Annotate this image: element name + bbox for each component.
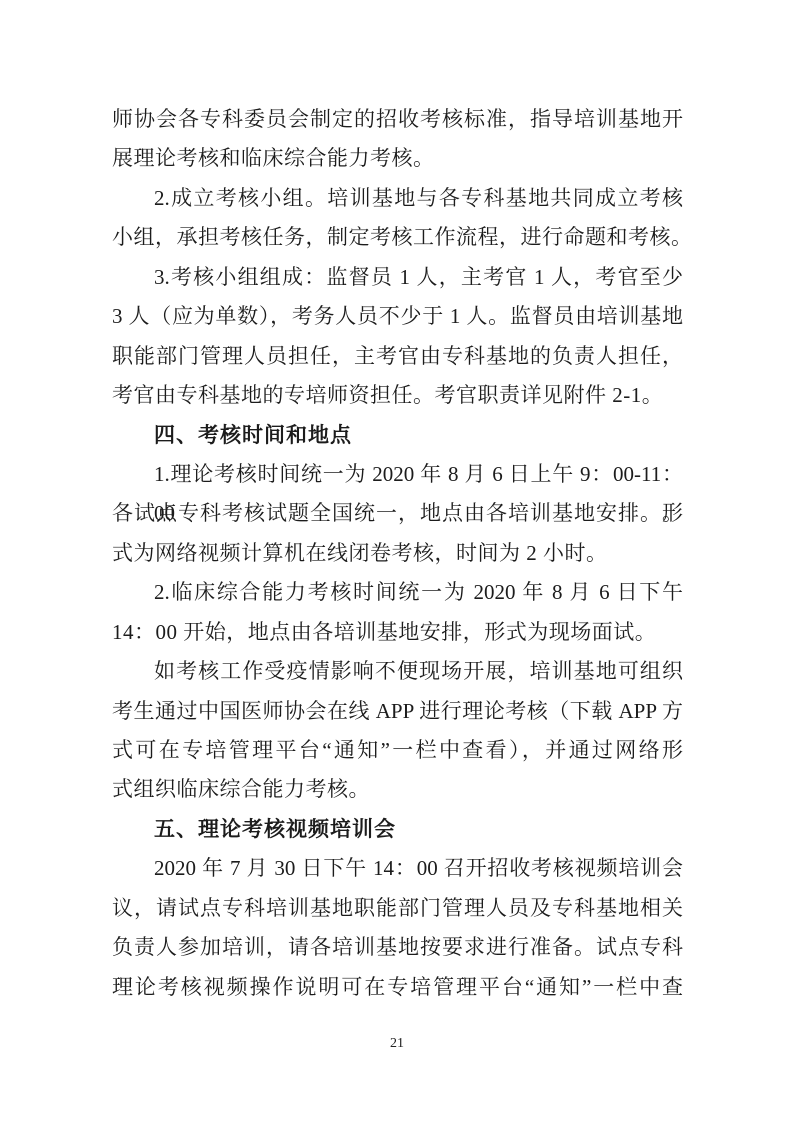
- text-line: 议，请试点专科培训基地职能部门管理人员及专科基地相关: [112, 889, 683, 928]
- section-heading-line: 五、理论考核视频培训会: [112, 810, 683, 849]
- text-line: 2.成立考核小组。培训基地与各专科基地共同成立考核: [112, 179, 683, 218]
- text-line: 式组织临床综合能力考核。: [112, 770, 683, 809]
- text-line: 小组，承担考核任务，制定考核工作流程，进行命题和考核。: [112, 218, 683, 257]
- text-line: 如考核工作受疫情影响不便现场开展，培训基地可组织: [112, 652, 683, 691]
- text-line: 式为网络视频计算机在线闭卷考核，时间为 2 小时。: [112, 534, 683, 573]
- text-line: 师协会各专科委员会制定的招收考核标准，指导培训基地开: [112, 100, 683, 139]
- text-line: 展理论考核和临床综合能力考核。: [112, 139, 683, 178]
- text-line: 考生通过中国医师协会在线 APP 进行理论考核（下载 APP 方: [112, 692, 683, 731]
- section-heading-line: 四、考核时间和地点: [112, 416, 683, 455]
- text-line: 2.临床综合能力考核时间统一为 2020 年 8 月 6 日下午: [112, 573, 683, 612]
- document-page: 师协会各专科委员会制定的招收考核标准，指导培训基地开展理论考核和临床综合能力考核…: [0, 0, 794, 1123]
- text-line: 理论考核视频操作说明可在专培管理平台“通知”一栏中查: [112, 968, 683, 1007]
- text-line: 2020 年 7 月 30 日下午 14：00 召开招收考核视频培训会: [112, 849, 683, 888]
- text-line: 14：00 开始，地点由各培训基地安排，形式为现场面试。: [112, 613, 683, 652]
- text-line: 1.理论考核时间统一为 2020 年 8 月 6 日上午 9：00-11：00。: [112, 455, 683, 494]
- text-line: 3 人（应为单数），考务人员不少于 1 人。监督员由培训基地: [112, 297, 683, 336]
- text-line: 3.考核小组组成：监督员 1 人，主考官 1 人，考官至少: [112, 258, 683, 297]
- text-line: 负责人参加培训，请各培训基地按要求进行准备。试点专科: [112, 928, 683, 967]
- text-line: 职能部门管理人员担任，主考官由专科基地的负责人担任，: [112, 337, 683, 376]
- document-body: 师协会各专科委员会制定的招收考核标准，指导培训基地开展理论考核和临床综合能力考核…: [112, 100, 683, 1007]
- text-line: 考官由专科基地的专培师资担任。考官职责详见附件 2-1。: [112, 376, 683, 415]
- page-number-label: 21: [0, 1036, 794, 1052]
- text-line: 式可在专培管理平台“通知”一栏中查看），并通过网络形: [112, 731, 683, 770]
- text-line: 各试点专科考核试题全国统一，地点由各培训基地安排。形: [112, 494, 683, 533]
